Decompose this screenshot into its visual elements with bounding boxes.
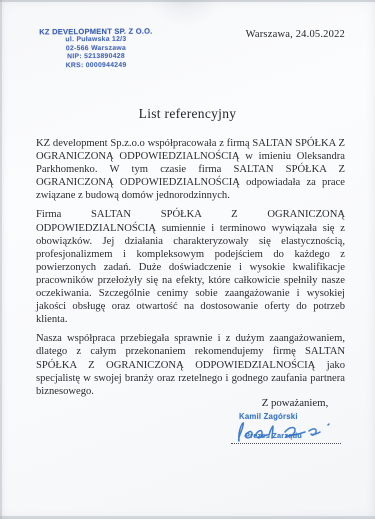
place-date: Warszawa, 24.05.2022 [246,29,345,40]
valediction: Z poważaniem, [245,397,345,409]
scan-edge-left [0,0,2,519]
signature-dotted-line [231,442,341,444]
paper-crease [150,0,220,26]
document-title: List referencyjny [0,106,375,122]
body-paragraph-2: Firma SALTAN SPÓŁKA Z OGRANICZONĄ ODPOWI… [36,208,345,326]
signer-title-stamp: Prezes Zarządu [231,431,343,440]
signer-name-stamp: Kamil Zagórski [231,412,343,421]
signature-block: Kamil Zagórski Prezes Zarządu [231,412,343,444]
company-stamp: KZ DEVELOPMENT SP. Z O.O. ul. Puławska 1… [26,27,166,71]
company-krs: KRS: 0000944249 [26,61,166,71]
body-paragraph-1: KZ development Sp.z.o.o współpracowała z… [36,137,345,202]
letter-body: KZ development Sp.z.o.o współpracowała z… [36,137,345,404]
scanned-letter-page: KZ DEVELOPMENT SP. Z O.O. ul. Puławska 1… [0,0,375,519]
body-paragraph-3: Nasza współpraca przebiegała sprawnie i … [36,332,345,397]
